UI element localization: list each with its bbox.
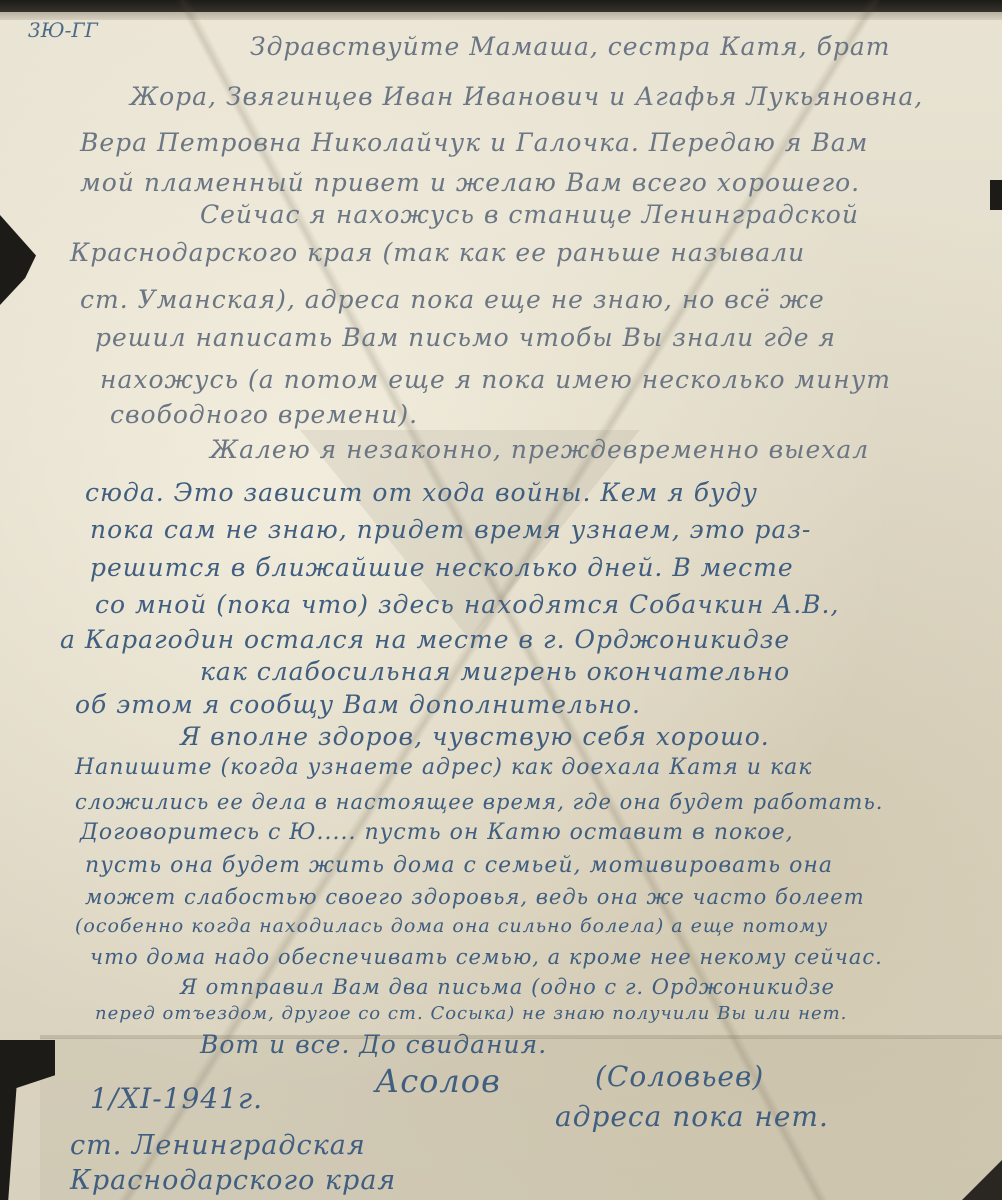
letter-line: сложились ее дела в настоящее время, где… [75, 790, 883, 814]
letter-line: ст. Уманская), адреса пока еще не знаю, … [80, 285, 825, 314]
torn-edge-right [990, 180, 1002, 210]
letter-line: нахожусь (а потом еще я пока имею нескол… [100, 365, 891, 394]
letter-line: Договоритесь с Ю..... пусть он Катю оста… [80, 820, 794, 845]
letter-line: решится в ближайшие несколько дней. В ме… [90, 553, 794, 582]
letter-line: Я отправил Вам два письма (одно с г. Орд… [180, 975, 835, 999]
address-note: адреса пока нет. [555, 1100, 829, 1133]
letter-line: со мной (пока что) здесь находятся Собач… [95, 590, 839, 619]
letter-line: (особенно когда находилась дома она силь… [75, 915, 828, 937]
letter-line: пусть она будет жить дома с семьей, моти… [85, 853, 833, 878]
letter-date: 1/XI-1941г. [90, 1082, 263, 1115]
corner-note: 3Ю-ГГ [28, 18, 98, 42]
letter-line: мой пламенный привет и желаю Вам всего х… [80, 168, 860, 197]
letter-line: Я вполне здоров, чувствую себя хорошо. [180, 722, 770, 751]
letter-line: Вот и все. До свидания. [200, 1030, 547, 1059]
letter-line: решил написать Вам письмо чтобы Вы знали… [95, 323, 836, 352]
letter-line: Вера Петровна Николайчук и Галочка. Пере… [80, 128, 868, 157]
letter-line: может слабостью своего здоровья, ведь он… [85, 885, 865, 909]
letter-line: Жора, Звягинцев Иван Иванович и Агафья Л… [130, 82, 923, 111]
place-line: Краснодарского края [70, 1165, 396, 1196]
letter-line: Жалею я незаконно, преждевременно выехал [210, 435, 869, 464]
letter-line: Напишите (когда узнаете адрес) как доеха… [75, 755, 812, 780]
signature: Асолов [375, 1062, 501, 1100]
letter-line: Сейчас я нахожусь в станице Ленинградско… [200, 200, 859, 229]
letter-line: что дома надо обеспечивать семью, а кром… [90, 945, 883, 969]
letter-line: Здравствуйте Мамаша, сестра Катя, брат [250, 32, 890, 61]
letter-line: сюда. Это зависит от хода войны. Кем я б… [85, 478, 758, 507]
letter-line: а Карагодин остался на месте в г. Орджон… [60, 625, 790, 654]
letter-line: об этом я сообщу Вам дополнительно. [75, 690, 641, 719]
letter-line: свободного времени). [110, 400, 418, 429]
signature-name: (Соловьев) [595, 1060, 764, 1093]
letter-line: Краснодарского края (так как ее раньше н… [70, 238, 805, 267]
paper-top-edge [0, 12, 1002, 20]
letter-line: как слабосильная мигрень окончательно [200, 657, 790, 686]
letter-line: пока сам не знаю, придет время узнаем, э… [90, 515, 811, 544]
letter-line: перед отъездом, другое со ст. Сосыка) не… [95, 1003, 847, 1024]
place-line: ст. Ленинградская [70, 1130, 366, 1161]
